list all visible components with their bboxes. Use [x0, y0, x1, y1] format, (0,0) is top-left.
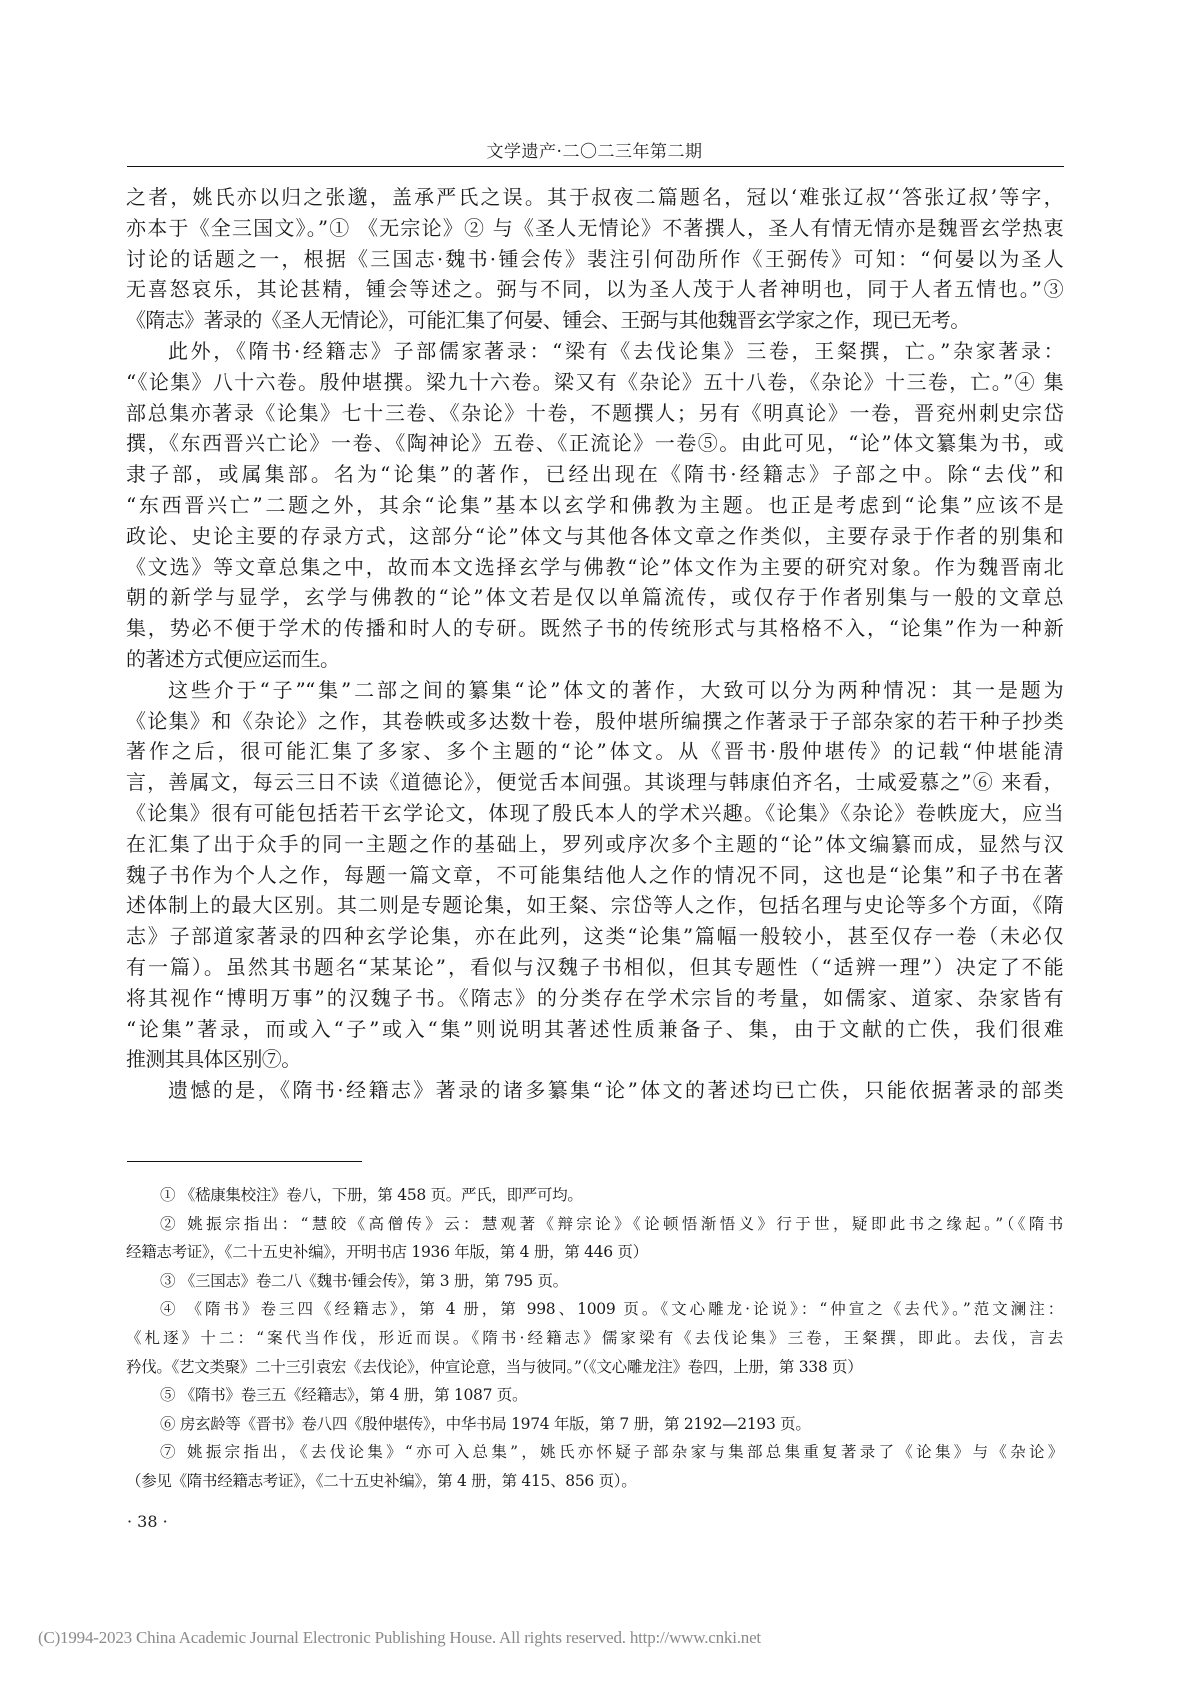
footnote-line: 经籍志考证》，《二十五史补编》，开明书店 1936 年版，第 4 册，第 446…: [126, 1238, 1063, 1267]
body-line: 讨论的话题之一，根据《三国志·魏书·锺会传》裴注引何劭所作《王弼传》可知：“何晏…: [126, 244, 1063, 275]
body-line: 《论集》和《杂论》之作，其卷帙或多达数十卷，殷仲堪所编撰之作著录于子部杂家的若干…: [126, 706, 1063, 737]
footnote-line: ④ 《隋书》卷三四《经籍志》，第 4 册，第 998、1009 页。《文心雕龙·…: [126, 1295, 1063, 1324]
body-line: 隶子部，或属集部。名为“论集”的著作，已经出现在《隋书·经籍志》子部之中。除“去…: [126, 459, 1063, 490]
body-line: 亦本于《全三国文》。”① 《无宗论》② 与《圣人无情论》不著撰人，圣人有情无情亦…: [126, 213, 1063, 244]
footnote-line: ③ 《三国志》卷二八《魏书·锺会传》，第 3 册，第 795 页。: [126, 1267, 1063, 1296]
body-line: 在汇集了出于众手的同一主题之作的基础上，罗列或序次多个主题的“论”体文编纂而成，…: [126, 829, 1063, 860]
footnote-line: 《札逐》十二：“案代当作伐，形近而误。《隋书·经籍志》儒家梁有《去伐论集》三卷，…: [126, 1324, 1063, 1353]
copyright-notice: (C)1994-2023 China Academic Journal Elec…: [38, 1628, 761, 1648]
body-line: “论集”著录，而或入“子”或入“集”则说明其著述性质兼备子、集，由于文献的亡佚，…: [126, 1014, 1063, 1045]
body-line: “东西晋兴亡”二题之外，其余“论集”基本以玄学和佛教为主题。也正是考虑到“论集”…: [126, 490, 1063, 521]
footnotes: ① 《嵇康集校注》卷八，下册，第 458 页。严氏，即严可均。② 姚振宗指出：“…: [126, 1181, 1063, 1496]
body-line: 推测其具体区别⑦。: [126, 1044, 1063, 1075]
body-line: 撰，《东西晋兴亡论》一卷、《陶神论》五卷、《正流论》一卷⑤。由此可见，“论”体文…: [126, 428, 1063, 459]
body-line: 《论集》很有可能包括若干玄学论文，体现了殷氏本人的学术兴趣。《论集》《杂论》卷帙…: [126, 798, 1063, 829]
body-line: 这些介于“子”“集”二部之间的纂集“论”体文的著作，大致可以分为两种情况：其一是…: [126, 675, 1063, 706]
footnote-line: ⑦ 姚振宗指出，《去伐论集》“亦可入总集”，姚氏亦怀疑子部杂家与集部总集重复著录…: [126, 1438, 1063, 1467]
body-line: 遗憾的是，《隋书·经籍志》著录的诸多纂集“论”体文的著述均已亡佚，只能依据著录的…: [126, 1075, 1063, 1106]
body-line: 集，势必不便于学术的传播和时人的专研。既然子书的传统形式与其格格不入，“论集”作…: [126, 613, 1063, 644]
body-line: 言，善属文，每云三日不读《道德论》，便觉舌本间强。其谈理与韩康伯齐名，士咸爱慕之…: [126, 767, 1063, 798]
body-line: 志》子部道家著录的四种玄学论集，亦在此列，这类“论集”篇幅一般较小，甚至仅存一卷…: [126, 921, 1063, 952]
body-line: 魏子书作为个人之作，每题一篇文章，不可能集结他人之作的情况不同，这也是“论集”和…: [126, 860, 1063, 891]
footnote-line: ② 姚振宗指出：“慧皎《高僧传》云：慧观著《辩宗论》《论顿悟渐悟义》行于世，疑即…: [126, 1210, 1063, 1239]
footnote-line: ⑤ 《隋书》卷三五《经籍志》，第 4 册，第 1087 页。: [126, 1381, 1063, 1410]
running-header: 文学遗产·二〇二三年第二期: [125, 137, 1064, 162]
body-line: 政论、史论主要的存录方式，这部分“论”体文与其他各体文章之作类似，主要存录于作者…: [126, 521, 1063, 552]
body-line: 的著述方式便应运而生。: [126, 644, 1063, 675]
body-line: 著作之后，很可能汇集了多家、多个主题的“论”体文。从《晋书·殷仲堪传》的记载“仲…: [126, 736, 1063, 767]
body-line: 将其视作“博明万事”的汉魏子书。《隋志》的分类存在学术宗旨的考量，如儒家、道家、…: [126, 983, 1063, 1014]
footnote-line: （参见《隋书经籍志考证》，《二十五史补编》，第 4 册，第 415、856 页）…: [126, 1467, 1063, 1496]
body-line: 无喜怒哀乐，其论甚精，锺会等述之。弼与不同，以为圣人茂于人者神明也，同于人者五情…: [126, 274, 1063, 305]
body-line: 《文选》等文章总集之中，故而本文选择玄学与佛教“论”体文作为主要的研究对象。作为…: [126, 552, 1063, 583]
page-number: · 38 ·: [127, 1512, 168, 1531]
body-line: 部总集亦著录《论集》七十三卷、《杂论》十卷，不题撰人；另有《明真论》一卷，晋兖州…: [126, 398, 1063, 429]
body-line: 此外，《隋书·经籍志》子部儒家著录：“梁有《去伐论集》三卷，王粲撰，亡。”杂家著…: [126, 336, 1063, 367]
body-line: 朝的新学与显学，玄学与佛教的“论”体文若是仅以单篇流传，或仅存于作者别集与一般的…: [126, 582, 1063, 613]
footnote-line: 矜伐。《艺文类聚》二十三引袁宏《去伐论》，仲宣论意，当与彼同。”（《文心雕龙注》…: [126, 1353, 1063, 1382]
body-text: 之者，姚氏亦以归之张邈，盖承严氏之误。其于叔夜二篇题名，冠以‘难张辽叔’‘答张辽…: [126, 182, 1063, 1106]
body-line: 有一篇）。虽然其书题名“某某论”，看似与汉魏子书相似，但其专题性（“适辨一理”）…: [126, 952, 1063, 983]
body-line: 述体制上的最大区别。其二则是专题论集，如王粲、宗岱等人之作，包括名理与史论等多个…: [126, 890, 1063, 921]
header-rule: [127, 166, 1064, 167]
body-line: 之者，姚氏亦以归之张邈，盖承严氏之误。其于叔夜二篇题名，冠以‘难张辽叔’‘答张辽…: [126, 182, 1063, 213]
footnote-line: ① 《嵇康集校注》卷八，下册，第 458 页。严氏，即严可均。: [126, 1181, 1063, 1210]
body-line: “《论集》八十六卷。殷仲堪撰。梁九十六卷。梁又有《杂论》五十八卷，《杂论》十三卷…: [126, 367, 1063, 398]
body-line: 《隋志》著录的《圣人无情论》，可能汇集了何晏、锺会、王弼与其他魏晋玄学家之作，现…: [126, 305, 1063, 336]
footnote-separator: [127, 1161, 362, 1162]
footnote-line: ⑥ 房玄龄等《晋书》卷八四《殷仲堪传》，中华书局 1974 年版，第 7 册，第…: [126, 1410, 1063, 1439]
